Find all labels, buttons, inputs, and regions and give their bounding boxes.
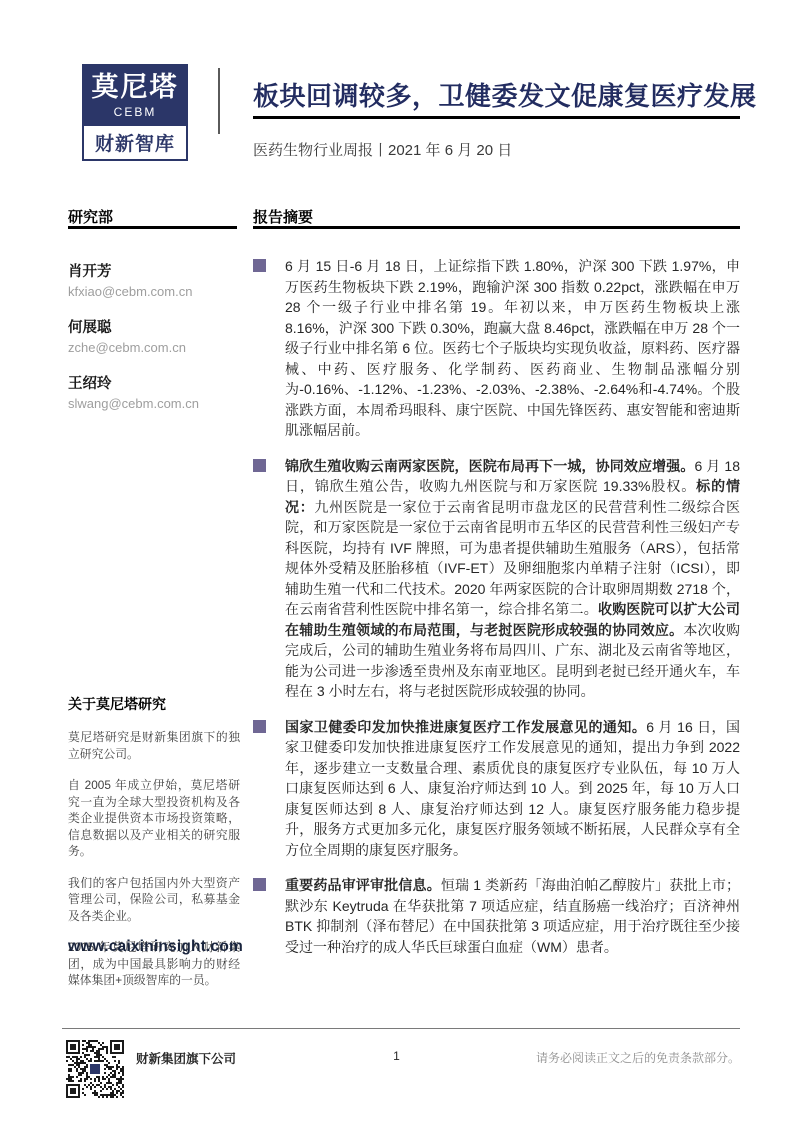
footer-divider: [62, 1028, 740, 1029]
author-entry: 何展聪zche@cebm.com.cn: [68, 316, 238, 355]
about-paragraph: 我们的客户包括国内外大型资产管理公司，保险公司，私募基金及各类企业。: [68, 875, 240, 925]
logo-en-text: CEBM: [82, 105, 188, 119]
bullet-text: 国家卫健委印发加快推进康复医疗工作发展意见的通知。6 月 16 日，国家卫健委印…: [285, 717, 740, 861]
logo-caixin-text: 财新智库: [82, 126, 188, 161]
bullet-bold-segment: 国家卫健委印发加快推进康复医疗工作发展意见的通知。: [285, 719, 646, 735]
square-bullet-icon: [253, 259, 266, 272]
summary-heading: 报告摘要: [253, 206, 313, 227]
square-bullet-icon: [253, 720, 266, 733]
bullet-regular-segment: 6 月 15 日-6 月 18 日，上证综指下跌 1.80%，沪深 300 下跌…: [285, 258, 740, 438]
about-heading: 关于莫尼塔研究: [68, 694, 240, 714]
header-vertical-divider: [218, 68, 220, 134]
bullet-text: 锦欣生殖收购云南两家医院，医院布局再下一城，协同效应增强。6 月 18 日，锦欣…: [285, 456, 740, 702]
about-paragraph: 自 2005 年成立伊始，莫尼塔研究一直为全球大型投资机构及各类企业提供资本市场…: [68, 777, 240, 860]
about-paragraph: 莫尼塔研究是财新集团旗下的独立研究公司。: [68, 729, 240, 762]
author-name: 肖开芳: [68, 260, 238, 281]
page-title: 板块回调较多，卫健委发文促康复医疗发展: [253, 76, 740, 113]
bullet-regular-segment: 九州医院是一家位于云南省昆明市盘龙区的民营营利性二级综合医院，和万家医院是一家位…: [285, 499, 740, 618]
author-list: 肖开芳kfxiao@cebm.com.cn何展聪zche@cebm.com.cn…: [68, 260, 238, 428]
author-email: kfxiao@cebm.com.cn: [68, 284, 238, 299]
author-email: zche@cebm.com.cn: [68, 340, 238, 355]
about-section: 关于莫尼塔研究 莫尼塔研究是财新集团旗下的独立研究公司。自 2005 年成立伊始…: [68, 694, 240, 1004]
bullet-text: 6 月 15 日-6 月 18 日，上证综指下跌 1.80%，沪深 300 下跌…: [285, 256, 740, 441]
title-underline: [253, 116, 740, 119]
research-dept-underline: [68, 226, 237, 229]
summary-bullet: 国家卫健委印发加快推进康复医疗工作发展意见的通知。6 月 16 日，国家卫健委印…: [253, 717, 740, 861]
bullet-bold-segment: 重要药品审评审批信息。: [285, 877, 441, 893]
summary-bullet: 锦欣生殖收购云南两家医院，医院布局再下一城，协同效应增强。6 月 18 日，锦欣…: [253, 456, 740, 702]
website-link: www.caixininsight.com: [68, 938, 243, 956]
bullet-text: 重要药品审评审批信息。恒瑞 1 类新药「海曲泊帕乙醇胺片」获批上市；默沙东 Ke…: [285, 875, 740, 957]
logo-cn-text: 莫尼塔: [82, 74, 188, 101]
bullet-regular-segment: 6 月 16 日，国家卫健委印发加快推进康复医疗工作发展意见的通知，提出力争到 …: [285, 719, 740, 858]
author-email: slwang@cebm.com.cn: [68, 396, 238, 411]
summary-underline: [253, 226, 740, 229]
author-entry: 王绍玲slwang@cebm.com.cn: [68, 372, 238, 411]
cebm-logo: 莫尼塔 CEBM 财新智库: [82, 64, 188, 161]
logo-top-block: 莫尼塔 CEBM: [82, 64, 188, 126]
author-entry: 肖开芳kfxiao@cebm.com.cn: [68, 260, 238, 299]
research-dept-heading: 研究部: [68, 206, 113, 227]
summary-bullet: 6 月 15 日-6 月 18 日，上证综指下跌 1.80%，沪深 300 下跌…: [253, 256, 740, 441]
report-subtitle: 医药生物行业周报丨2021 年 6 月 20 日: [253, 139, 512, 160]
summary-bullet-list: 6 月 15 日-6 月 18 日，上证综指下跌 1.80%，沪深 300 下跌…: [253, 256, 740, 972]
footer-disclaimer: 请务必阅读正文之后的免责条款部分。: [536, 1049, 740, 1066]
square-bullet-icon: [253, 878, 266, 891]
bullet-bold-segment: 锦欣生殖收购云南两家医院，医院布局再下一城，协同效应增强。: [285, 458, 695, 474]
author-name: 何展聪: [68, 316, 238, 337]
author-name: 王绍玲: [68, 372, 238, 393]
report-page: 莫尼塔 CEBM 财新智库 板块回调较多，卫健委发文促康复医疗发展 医药生物行业…: [0, 0, 793, 1122]
summary-bullet: 重要药品审评审批信息。恒瑞 1 类新药「海曲泊帕乙醇胺片」获批上市；默沙东 Ke…: [253, 875, 740, 957]
square-bullet-icon: [253, 459, 266, 472]
